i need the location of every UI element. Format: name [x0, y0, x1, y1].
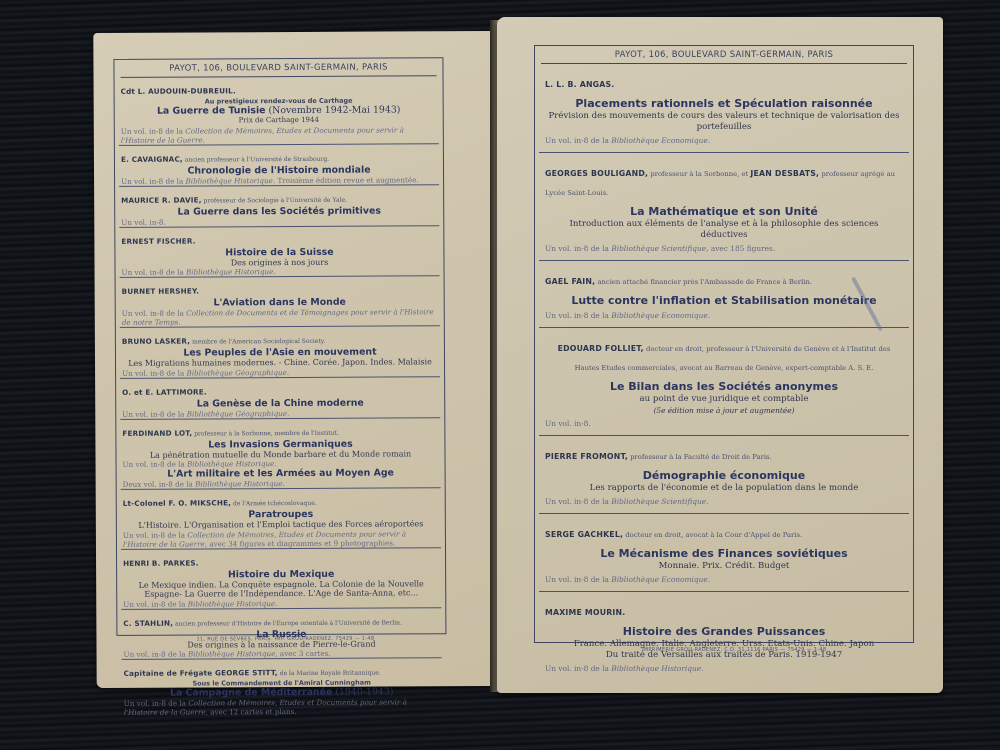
author-name: MAXIME MOURIN. [545, 608, 625, 617]
catalog-entry: SERGE GACHKEL, docteur en droit, avocat … [539, 514, 909, 592]
volume-info: Un vol. in-8 de la Bibliothèque Scientif… [545, 497, 903, 506]
printer-imprint: 11, RUE DE SÈVRES, PARIS. IMP. GROU-RADE… [196, 636, 374, 643]
book-title: La Mathématique et son Unité [545, 205, 903, 219]
book-subtitle: Les rapports de l'économie et de la popu… [545, 483, 903, 494]
edition-note: (5e édition mise à jour et augmentée) [545, 405, 903, 416]
author-name: Capitaine de Frégate GEORGE STITT, [124, 668, 278, 678]
catalog-entry: O. et E. LATTIMORE. La Genèse de la Chin… [120, 377, 440, 420]
volume-info: Un vol. in-8 de la Bibliothèque Historiq… [123, 598, 439, 609]
book-subtitle: au point de vue juridique et comptable [545, 394, 903, 405]
printer-imprint: IMPRIMERIE GROU-RADENEZ, C.O. 31.1116 PA… [642, 647, 826, 653]
author-description: membre de l'American Sociological Societ… [190, 338, 325, 346]
volume-info: Un vol. in-8. [121, 216, 437, 227]
catalog-entry: GEORGES BOULIGAND, professeur à la Sorbo… [539, 153, 909, 261]
author-name: BRUNO LASKER, [122, 337, 190, 346]
catalog-entry: PIERRE FROMONT, professeur à la Faculté … [539, 436, 909, 514]
author-description: ancien attaché financier près l'Ambassad… [595, 278, 812, 286]
catalog-entry: E. CAVAIGNAC, ancien professeur à l'Univ… [119, 144, 439, 187]
author-name: GAEL FAIN, [545, 277, 595, 286]
book-subtitle: Monnaie. Prix. Crédit. Budget [545, 561, 903, 572]
catalog-entry: GAEL FAIN, ancien attaché financier près… [539, 261, 909, 328]
book-subtitle: La pénétration mutuelle du Monde barbare… [122, 449, 438, 460]
volume-info: Un vol. in-8 de la Bibliothèque Economiq… [545, 311, 903, 320]
volume-info: Un vol. in-8 de la Collection de Mémoire… [124, 697, 440, 717]
author-name: L. L. B. ANGAS. [545, 80, 614, 89]
catalog-entry: BURNET HERSHEY. L'Aviation dans le Monde… [120, 276, 440, 328]
publisher-header: PAYOT, 106, BOULEVARD SAINT-GERMAIN, PAR… [541, 46, 907, 64]
author-name: ERNEST FISCHER. [121, 236, 195, 245]
volume-info: Un vol. in-8 de la Collection de Mémoire… [121, 125, 437, 145]
left-page: PAYOT, 106, BOULEVARD SAINT-GERMAIN, PAR… [93, 31, 494, 688]
volume-info: Un vol. in-8 de la Collection de Mémoire… [123, 529, 439, 549]
catalog-entry: Lt-Colonel F. O. MIKSCHE, de l'Armée tch… [121, 488, 441, 549]
volume-info: Un vol. in-8 de la Bibliothèque Scientif… [545, 244, 903, 253]
book-title: Le Mécanisme des Finances soviétiques [545, 547, 903, 561]
book-title: Le Bilan dans les Sociétés anonymes [545, 380, 903, 394]
volume-info: Un vol. in-8. [545, 419, 903, 428]
catalog-entry: L. L. B. ANGAS. Placements rationnels et… [539, 64, 909, 153]
author-description: professeur à la Sorbonne, et [648, 170, 750, 178]
author-name: Cdt L. AUDOUIN-DUBREUIL. [121, 86, 236, 96]
volume-info: Un vol. in-8 de la Bibliothèque Historiq… [545, 664, 903, 673]
catalog-entry: EDOUARD FOLLIET, docteur en droit, profe… [539, 328, 909, 436]
catalog-entry: Cdt L. AUDOUIN-DUBREUIL. Au prestigieux … [119, 76, 439, 145]
book-title-second: L'Art militaire et les Armées au Moyen A… [123, 467, 439, 480]
author-description: docteur en droit, avocat à la Cour d'App… [623, 531, 802, 539]
volume-info: Un vol. in-8 de la Bibliothèque Géograph… [122, 408, 438, 419]
volume-info: Un vol. in-8 de la Bibliothèque Historiq… [121, 175, 437, 186]
catalog-entry: FERDINAND LOT, professeur à la Sorbonne,… [120, 418, 440, 490]
author-name: EDOUARD FOLLIET, [558, 344, 644, 353]
volume-info: Un vol. in-8 de la Collection de Documen… [122, 307, 438, 327]
author-description: ancien professeur à l'Université de Stra… [183, 155, 329, 163]
volume-info: Un vol. in-8 de la Bibliothèque Historiq… [122, 266, 438, 277]
book-title: Histoire des Grandes Puissances [545, 625, 903, 639]
right-catalog-frame: PAYOT, 106, BOULEVARD SAINT-GERMAIN, PAR… [534, 45, 914, 643]
book-subtitle: Prévision des mouvements de cours des va… [545, 111, 903, 133]
catalog-entry: BRUNO LASKER, membre de l'American Socio… [120, 326, 440, 378]
catalog-entry: MAURICE R. DAVIE, professeur de Sociolog… [119, 185, 439, 228]
author-name: PIERRE FROMONT, [545, 452, 628, 461]
volume-info: Un vol. in-8 de la Bibliothèque Economiq… [545, 575, 903, 584]
author-name: GEORGES BOULIGAND, [545, 169, 648, 178]
catalog-entry: C. STAHLIN, ancien professeur d'Histoire… [121, 608, 441, 660]
author-description: professeur de Sociologie à l'Université … [202, 196, 347, 204]
author-name: Lt-Colonel F. O. MIKSCHE, [123, 498, 231, 508]
book-subtitle: Le Mexique indien. La Conquête espagnole… [123, 579, 439, 600]
book-subtitle: Introduction aux éléments de l'analyse e… [545, 219, 903, 241]
book-title: Lutte contre l'inflation et Stabilisatio… [545, 294, 903, 308]
book-title: Placements rationnels et Spéculation rai… [545, 97, 903, 111]
volume-info: Un vol. in-8 de la Bibliothèque Géograph… [122, 367, 438, 378]
author-description: de la Marine Royale Britannique. [278, 670, 381, 678]
catalog-entry: MAXIME MOURIN. Histoire des Grandes Puis… [539, 592, 909, 680]
co-author-name: JEAN DESBATS, [750, 169, 819, 178]
book-title: Démographie économique [545, 469, 903, 483]
catalog-entry: Capitaine de Frégate GEORGE STITT, de la… [122, 658, 442, 717]
author-name: MAURICE R. DAVIE, [121, 195, 201, 204]
author-name: SERGE GACHKEL, [545, 530, 623, 539]
author-description: ancien professeur d'Histoire de l'Europe… [173, 619, 402, 627]
publisher-header: PAYOT, 106, BOULEVARD SAINT-GERMAIN, PAR… [120, 58, 436, 78]
volume-info: Un vol. in-8 de la Bibliothèque Economiq… [545, 136, 903, 145]
author-name: BURNET HERSHEY. [122, 286, 200, 295]
author-name: O. et E. LATTIMORE. [122, 387, 207, 396]
author-name: FERDINAND LOT, [122, 428, 192, 437]
author-name: E. CAVAIGNAC, [121, 154, 183, 163]
catalog-entry: HENRI B. PARKES. Histoire du Mexique Le … [121, 548, 441, 610]
right-page: PAYOT, 106, BOULEVARD SAINT-GERMAIN, PAR… [497, 17, 943, 693]
author-description: professeur à la Faculté de Droit de Pari… [628, 453, 772, 461]
catalog-entry: ERNEST FISCHER. Histoire de la Suisse De… [119, 226, 439, 278]
author-description: de l'Armée tchécoslovaque. [231, 500, 317, 507]
author-name: C. STAHLIN, [123, 618, 173, 627]
volume-info: Un vol. in-8 de la Bibliothèque Historiq… [124, 648, 440, 659]
author-description: professeur à la Sorbonne, membre de l'In… [192, 429, 339, 437]
left-catalog-frame: PAYOT, 106, BOULEVARD SAINT-GERMAIN, PAR… [113, 57, 446, 636]
author-name: HENRI B. PARKES. [123, 558, 199, 567]
volume-info: Deux vol. in-8 de la Bibliothèque Histor… [123, 478, 439, 489]
book-title: La Guerre de Tunisie (Novembre 1942-Mai … [121, 104, 437, 117]
